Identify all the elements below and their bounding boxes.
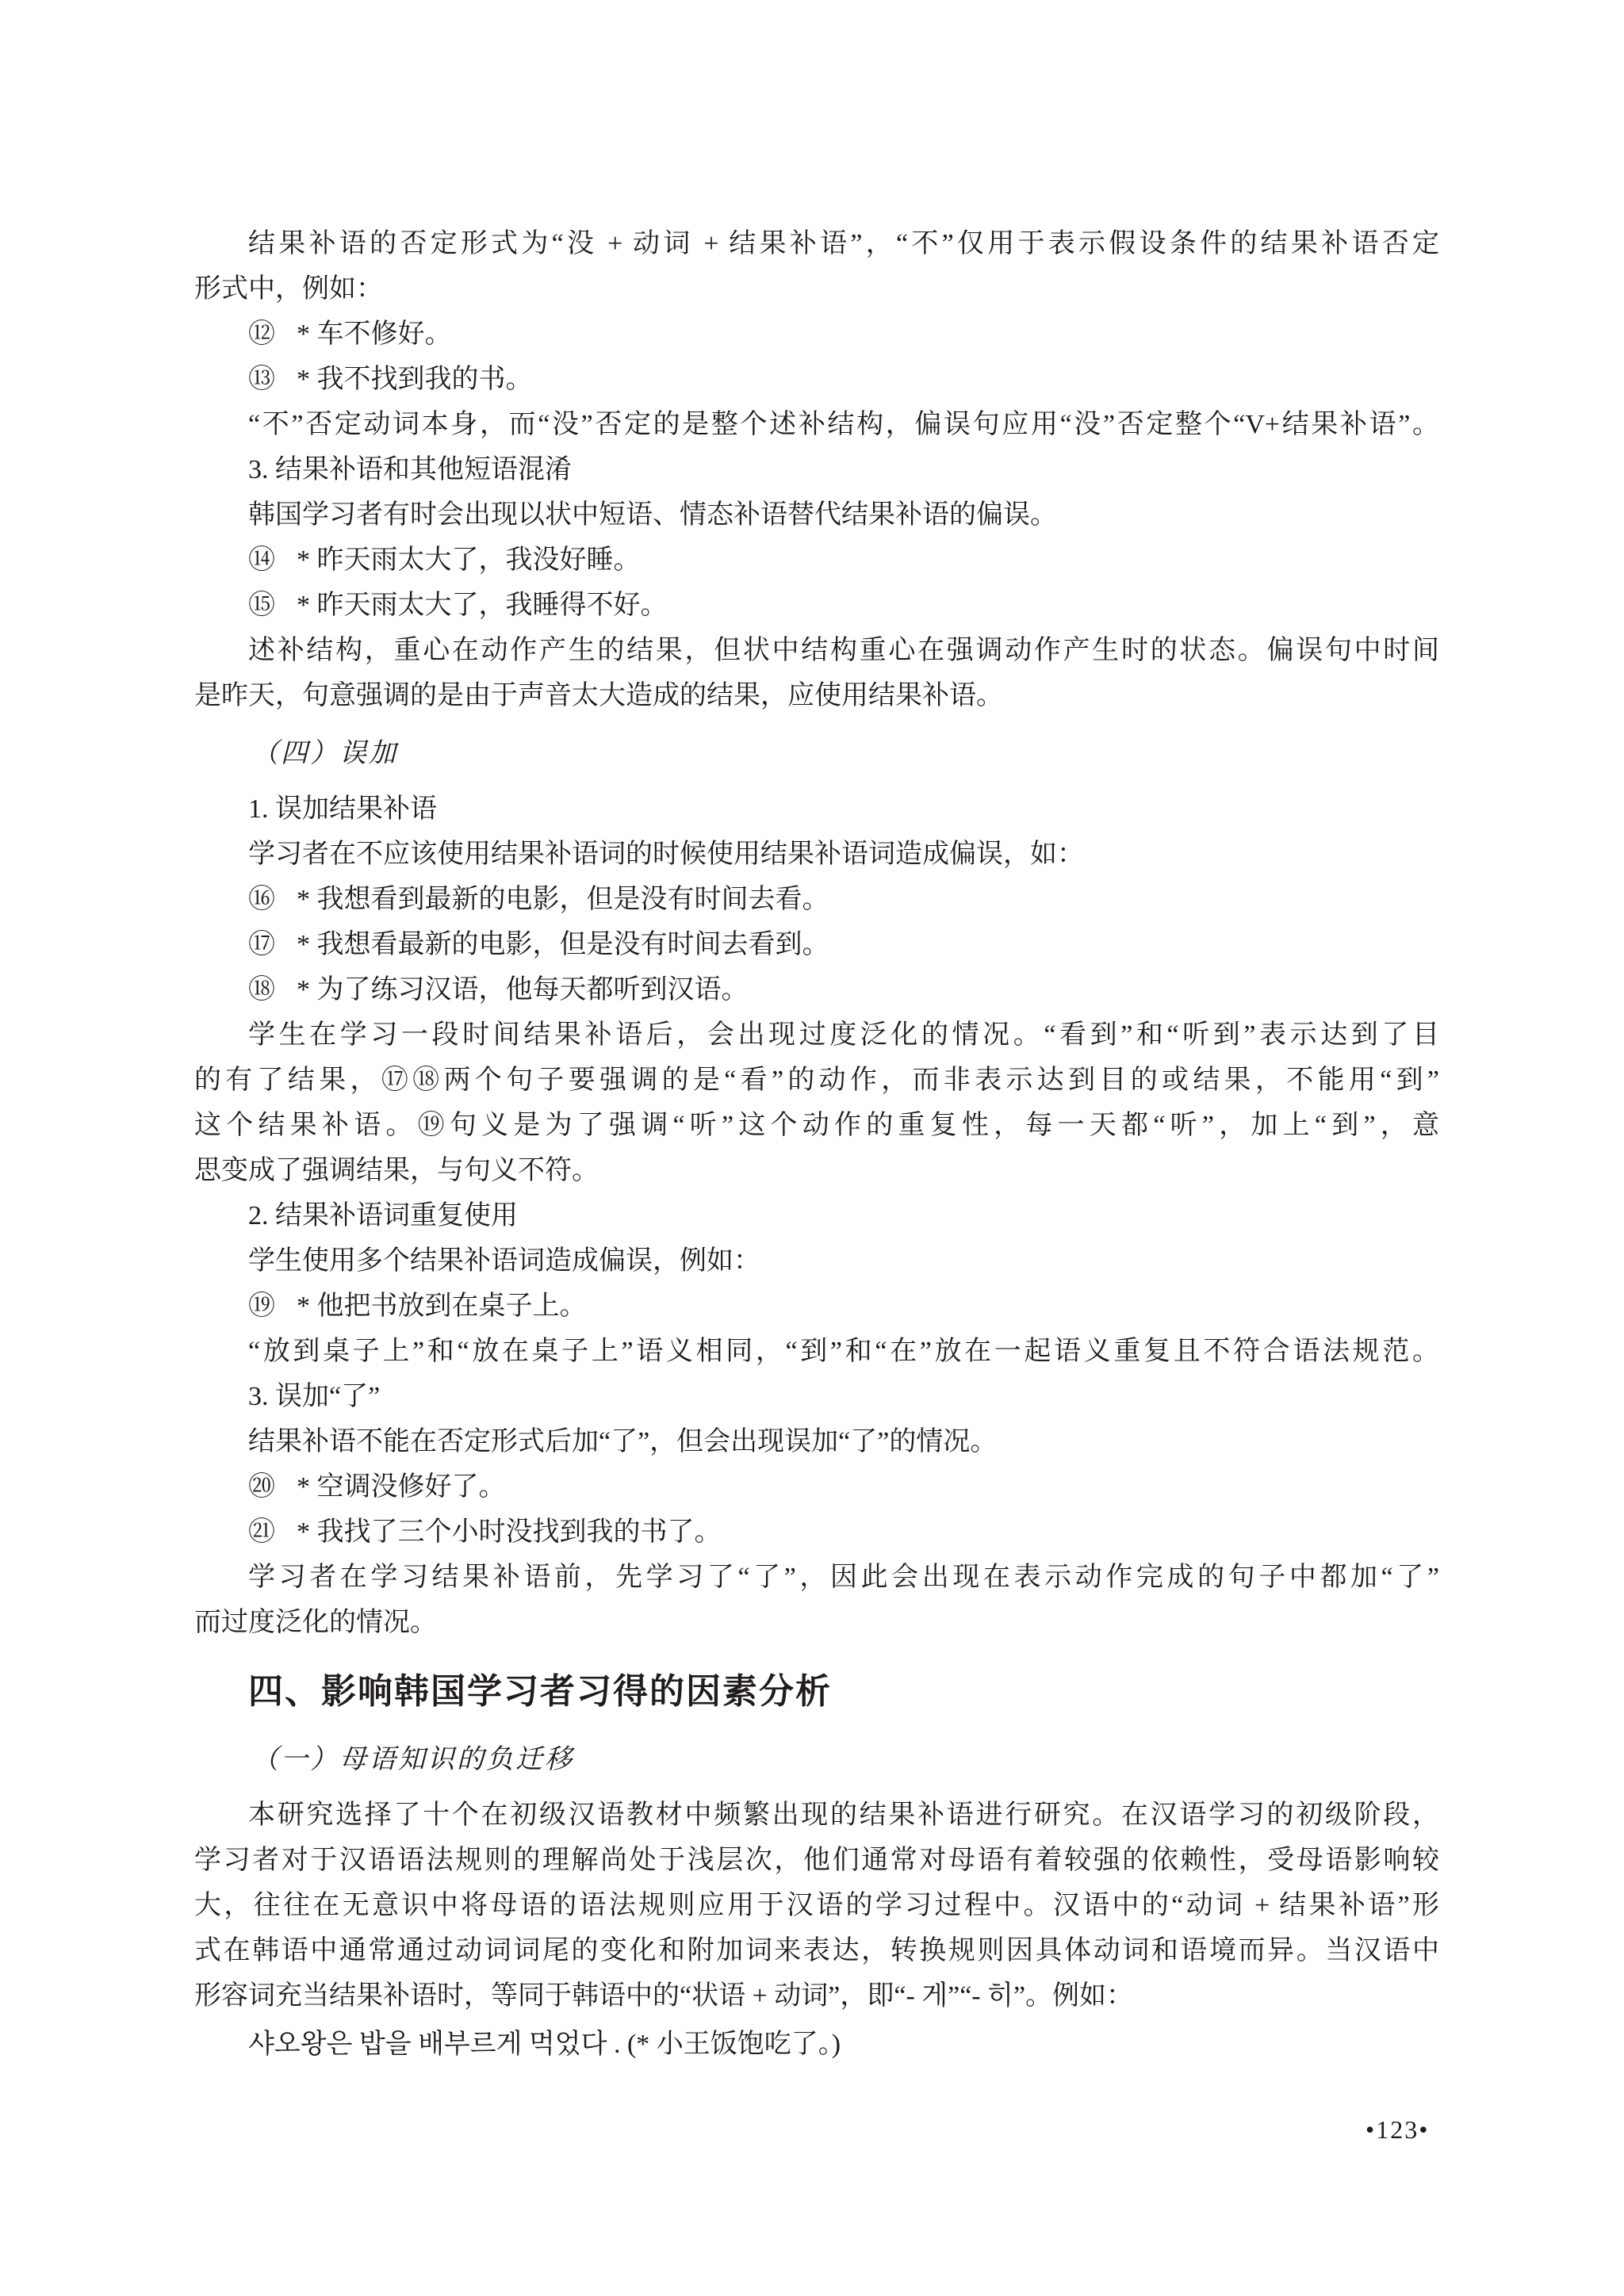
example-sentence-line: ⑲* 他把书放到在桌子上。 — [194, 1284, 1439, 1329]
example-number-badge: ⑬ — [248, 365, 275, 394]
numbered-subheading: 1. 误加结果补语 — [194, 786, 1439, 832]
document-page: 结果补语的否定形式为“没 + 动词 + 结果补语”，“不”仅用于表示假设条件的结… — [0, 0, 1624, 2296]
paragraph-line: 式在韩语中通常通过动词词尾的变化和附加词来表达，转换规则因具体动词和语境而异。当… — [194, 1928, 1439, 1973]
example-number-badge: ㉑ — [248, 1517, 275, 1547]
example-number-badge: ⑮ — [248, 591, 275, 620]
example-number-badge: ⑱ — [248, 975, 275, 1004]
example-sentence-text: * 空调没修好了。 — [297, 1472, 506, 1502]
paragraph-line: 这个结果补语。⑲句义是为了强调“听”这个动作的重复性，每一天都“听”，加上“到”… — [194, 1103, 1439, 1148]
paragraph-line: 学生使用多个结果补语词造成偏误，例如： — [194, 1238, 1439, 1284]
paragraph-line: 学习者对于汉语语法规则的理解尚处于浅层次，他们通常对母语有着较强的依赖性，受母语… — [194, 1838, 1439, 1883]
paragraph-line: 结果补语不能在否定形式后加“了”，但会出现误加“了”的情况。 — [194, 1419, 1439, 1464]
example-sentence-line: ⑬* 我不找到我的书。 — [194, 357, 1439, 402]
example-sentence-line: ⑯* 我想看到最新的电影，但是没有时间去看。 — [194, 877, 1439, 922]
paragraph-line: 韩国学习者有时会出现以状中短语、情态补语替代结果补语的偏误。 — [194, 492, 1439, 538]
paragraph-line: “不”否定动词本身，而“没”否定的是整个述补结构，偏误句应用“没”否定整个“V+… — [194, 402, 1439, 447]
example-sentence-text: * 昨天雨太大了，我没好睡。 — [297, 545, 641, 575]
paragraph-line: 大，往往在无意识中将母语的语法规则应用于汉语的学习过程中。汉语中的“动词 + 结… — [194, 1883, 1439, 1928]
example-sentence-line: ⑫* 车不修好。 — [194, 312, 1439, 357]
paragraph-line: 是昨天，句意强调的是由于声音太大造成的结果，应使用结果补语。 — [194, 673, 1439, 718]
paragraph-line: 本研究选择了十个在初级汉语教材中频繁出现的结果补语进行研究。在汉语学习的初级阶段… — [194, 1793, 1439, 1838]
example-number-badge: ⑳ — [248, 1472, 275, 1502]
paragraph-line: 学习者在不应该使用结果补语词的时候使用结果补语词造成偏误，如： — [194, 832, 1439, 877]
example-number-badge: ⑫ — [248, 320, 275, 349]
numbered-subheading: 3. 结果补语和其他短语混淆 — [194, 447, 1439, 492]
paragraph-line: 形式中，例如： — [194, 266, 1439, 312]
paragraph-line: 结果补语的否定形式为“没 + 动词 + 结果补语”，“不”仅用于表示假设条件的结… — [194, 221, 1439, 266]
example-number-badge: ⑰ — [248, 930, 275, 959]
korean-example-line: 샤오왕은 밥을 배부르게 먹었다 . (* 小王饭饱吃了。) — [194, 2022, 1439, 2067]
example-sentence-line: ⑱* 为了练习汉语，他每天都听到汉语。 — [194, 967, 1439, 1012]
example-number-badge: ⑯ — [248, 885, 275, 914]
subsection-heading: （四）误加 — [194, 731, 1439, 776]
document-text-block: 结果补语的否定形式为“没 + 动词 + 结果补语”，“不”仅用于表示假设条件的结… — [194, 221, 1439, 2067]
example-number-badge: ⑲ — [248, 1291, 275, 1321]
example-sentence-line: ⑭* 昨天雨太大了，我没好睡。 — [194, 538, 1439, 583]
paragraph-line: 的有了结果，⑰⑱两个句子要强调的是“看”的动作，而非表示达到目的或结果，不能用“… — [194, 1058, 1439, 1103]
numbered-subheading: 2. 结果补语词重复使用 — [194, 1193, 1439, 1238]
paragraph-line: 思变成了强调结果，与句义不符。 — [194, 1148, 1439, 1193]
example-sentence-text: * 车不修好。 — [297, 320, 452, 349]
example-sentence-line: ⑰* 我想看最新的电影，但是没有时间去看到。 — [194, 922, 1439, 967]
paragraph-line: 述补结构，重心在动作产生的结果，但状中结构重心在强调动作产生时的状态。偏误句中时… — [194, 628, 1439, 673]
example-sentence-text: * 我想看到最新的电影，但是没有时间去看。 — [297, 885, 829, 914]
numbered-subheading: 3. 误加“了” — [194, 1374, 1439, 1419]
example-sentence-text: * 昨天雨太大了，我睡得不好。 — [297, 591, 668, 620]
paragraph-line: 而过度泛化的情况。 — [194, 1600, 1439, 1645]
example-sentence-text: * 我不找到我的书。 — [297, 365, 533, 394]
example-sentence-line: ㉑* 我找了三个小时没找到我的书了。 — [194, 1510, 1439, 1555]
example-sentence-line: ⑳* 空调没修好了。 — [194, 1464, 1439, 1510]
paragraph-line: 学习者在学习结果补语前，先学习了“了”，因此会出现在表示动作完成的句子中都加“了… — [194, 1555, 1439, 1600]
example-sentence-line: ⑮* 昨天雨太大了，我睡得不好。 — [194, 583, 1439, 628]
subsection-heading: （一）母语知识的负迁移 — [194, 1737, 1439, 1782]
page-number: •123• — [1365, 2114, 1429, 2145]
section-heading: 四、影响韩国学习者习得的因素分析 — [194, 1664, 1439, 1720]
paragraph-line: 学生在学习一段时间结果补语后，会出现过度泛化的情况。“看到”和“听到”表示达到了… — [194, 1012, 1439, 1058]
example-number-badge: ⑭ — [248, 545, 275, 575]
example-sentence-text: * 为了练习汉语，他每天都听到汉语。 — [297, 975, 749, 1004]
example-sentence-text: * 我想看最新的电影，但是没有时间去看到。 — [297, 930, 829, 959]
paragraph-line: 形容词充当结果补语时，等同于韩语中的“状语 + 动词”，即“- 게”“- 히”。… — [194, 1973, 1439, 2019]
paragraph-line: “放到桌子上”和“放在桌子上”语义相同，“到”和“在”放在一起语义重复且不符合语… — [194, 1329, 1439, 1374]
example-sentence-text: * 他把书放到在桌子上。 — [297, 1291, 587, 1321]
example-sentence-text: * 我找了三个小时没找到我的书了。 — [297, 1517, 722, 1547]
